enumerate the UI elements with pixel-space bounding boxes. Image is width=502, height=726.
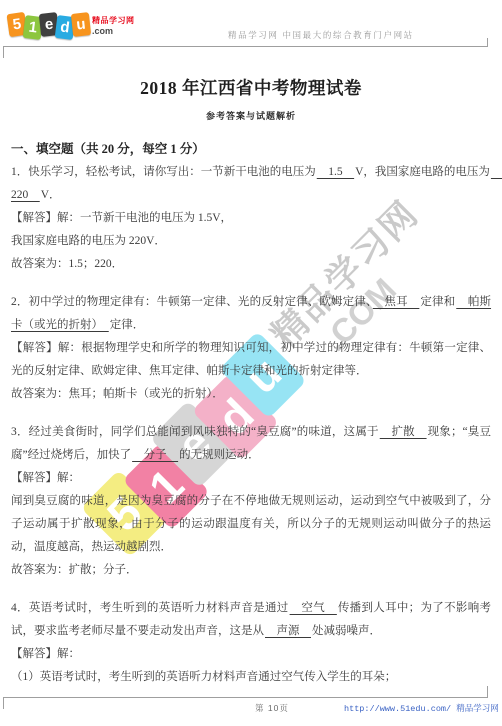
text-run: 故答案为：扩散；分子． — [11, 564, 138, 576]
text-run: 故答案为：焦耳；帕斯卡（或光的折射）． — [11, 388, 224, 400]
paragraph: 【解答】解：一节新干电池的电压为 1.5V， — [11, 207, 491, 230]
logo-brand-com: .com — [92, 27, 135, 36]
text-run: 2．初中学过的物理定律有：牛顿第一定律、光的反射定律、欧姆定律、 — [11, 296, 372, 308]
paragraph: 【解答】解： — [11, 643, 491, 666]
header-rule — [3, 46, 488, 47]
blank-answer: 1.5 — [316, 166, 355, 178]
blank-answer: 扩散 — [379, 426, 428, 438]
paragraph: 3．经过美食街时，同学们总能闻到风味独特的“臭豆腐”的味道，这属于 扩散 现象；… — [11, 421, 491, 467]
site-logo: 51edu 精品学习网 .com — [8, 13, 135, 39]
logo-brand-cn: 精品学习网 — [92, 17, 135, 25]
blank-answer: 空气 — [289, 602, 338, 614]
text-run: 一、填空题（共 20 分，每空 1 分） — [11, 142, 205, 156]
footer-site-link[interactable]: http://www.51edu.com/ 精品学习网 — [344, 702, 499, 714]
document-page: 51edu 精品学习网 .com 精品学习网 中国最大的综合教育门户网站 51e… — [0, 0, 502, 726]
paragraph: （1）英语考试时，考生听到的英语听力材料声音通过空气传入学生的耳朵； — [11, 666, 491, 689]
text-run: 闻到臭豆腐的味道，是因为臭豆腐的分子在不停地做无规则运动，运动到空气中被吸到了，… — [11, 495, 491, 553]
text-run: 我国家庭电路的电压为 220V． — [11, 235, 166, 247]
footer-site-name[interactable]: 精品学习网 — [456, 704, 499, 714]
paragraph: 故答案为：1.5；220． — [11, 253, 491, 276]
text-run: 【解答】解： — [11, 648, 80, 660]
section-heading: 一、填空题（共 20 分，每空 1 分） — [11, 138, 491, 161]
paragraph: 2．初中学过的物理定律有：牛顿第一定律、光的反射定律、欧姆定律、 焦耳 定律和 … — [11, 291, 491, 337]
text-run: （1）英语考试时，考生听到的英语听力材料声音通过空气传入学生的耳朵； — [11, 671, 396, 683]
text-run: 4．英语考试时，考生听到的英语听力材料声音是通过 — [11, 602, 289, 614]
paragraph: 闻到臭豆腐的味道，是因为臭豆腐的分子在不停地做无规则运动，运动到空气中被吸到了，… — [11, 490, 491, 559]
text-run: V，我国家庭电路的电压为 — [355, 166, 490, 178]
paragraph: 故答案为：扩散；分子． — [11, 559, 491, 582]
footer-rule — [3, 697, 488, 698]
blank-answer: 焦耳 — [372, 296, 421, 308]
header-tagline: 精品学习网 中国最大的综合教育门户网站 — [228, 29, 414, 41]
paragraph: 故答案为：焦耳；帕斯卡（或光的折射）． — [11, 383, 491, 406]
header-rule-right-tick — [487, 38, 488, 47]
text-run: 1．快乐学习，轻松考试，请你写出：一节新干电池的电压为 — [11, 166, 316, 178]
footer-rule-left-tick — [3, 698, 4, 709]
paragraph: 我国家庭电路的电压为 220V． — [11, 230, 491, 253]
paragraph: 4．英语考试时，考生听到的英语听力材料声音是通过 空气 传播到人耳中；为了不影响… — [11, 597, 491, 643]
text-run: 处减弱噪声． — [312, 625, 381, 637]
blank-answer: 声源 — [264, 625, 312, 637]
document-main: 2018 年江西省中考物理试卷 参考答案与试题解析 一、填空题（共 20 分，每… — [11, 76, 491, 689]
text-run: 3．经过美食街时，同学们总能闻到风味独特的“臭豆腐”的味道，这属于 — [11, 426, 379, 438]
page-title: 2018 年江西省中考物理试卷 — [11, 76, 491, 100]
text-run: 的无规则运动． — [179, 449, 260, 461]
text-run: 故答案为：1.5；220． — [11, 258, 123, 270]
paragraph: 【解答】解：根据物理学史和所学的物理知识可知，初中学过的物理定律有：牛顿第一定律… — [11, 337, 491, 383]
footer-rule-right-tick — [487, 686, 488, 697]
paragraph: 1．快乐学习，轻松考试，请你写出：一节新干电池的电压为 1.5 V，我国家庭电路… — [11, 161, 491, 207]
page-subtitle: 参考答案与试题解析 — [11, 110, 491, 122]
logo-tile-u: u — [71, 12, 91, 37]
text-run: 定律和 — [420, 296, 455, 308]
header-rule-left-tick — [3, 47, 4, 58]
text-run: 【解答】解：根据物理学史和所学的物理知识可知，初中学过的物理定律有：牛顿第一定律… — [11, 342, 491, 377]
text-run: 【解答】解： — [11, 472, 80, 484]
logo-text: 精品学习网 .com — [92, 17, 135, 36]
footer-url[interactable]: http://www.51edu.com/ — [344, 704, 451, 714]
text-run: 【解答】解：一节新干电池的电压为 1.5V， — [11, 212, 232, 224]
page-number: 第 10页 — [255, 702, 289, 714]
document-content: 一、填空题（共 20 分，每空 1 分）1．快乐学习，轻松考试，请你写出：一节新… — [11, 138, 491, 689]
text-run: V． — [41, 189, 61, 201]
text-run: 定律． — [110, 319, 145, 331]
logo-tiles-icon: 51edu — [8, 13, 88, 39]
paragraph: 【解答】解： — [11, 467, 491, 490]
blank-answer: 分子 — [131, 449, 179, 461]
